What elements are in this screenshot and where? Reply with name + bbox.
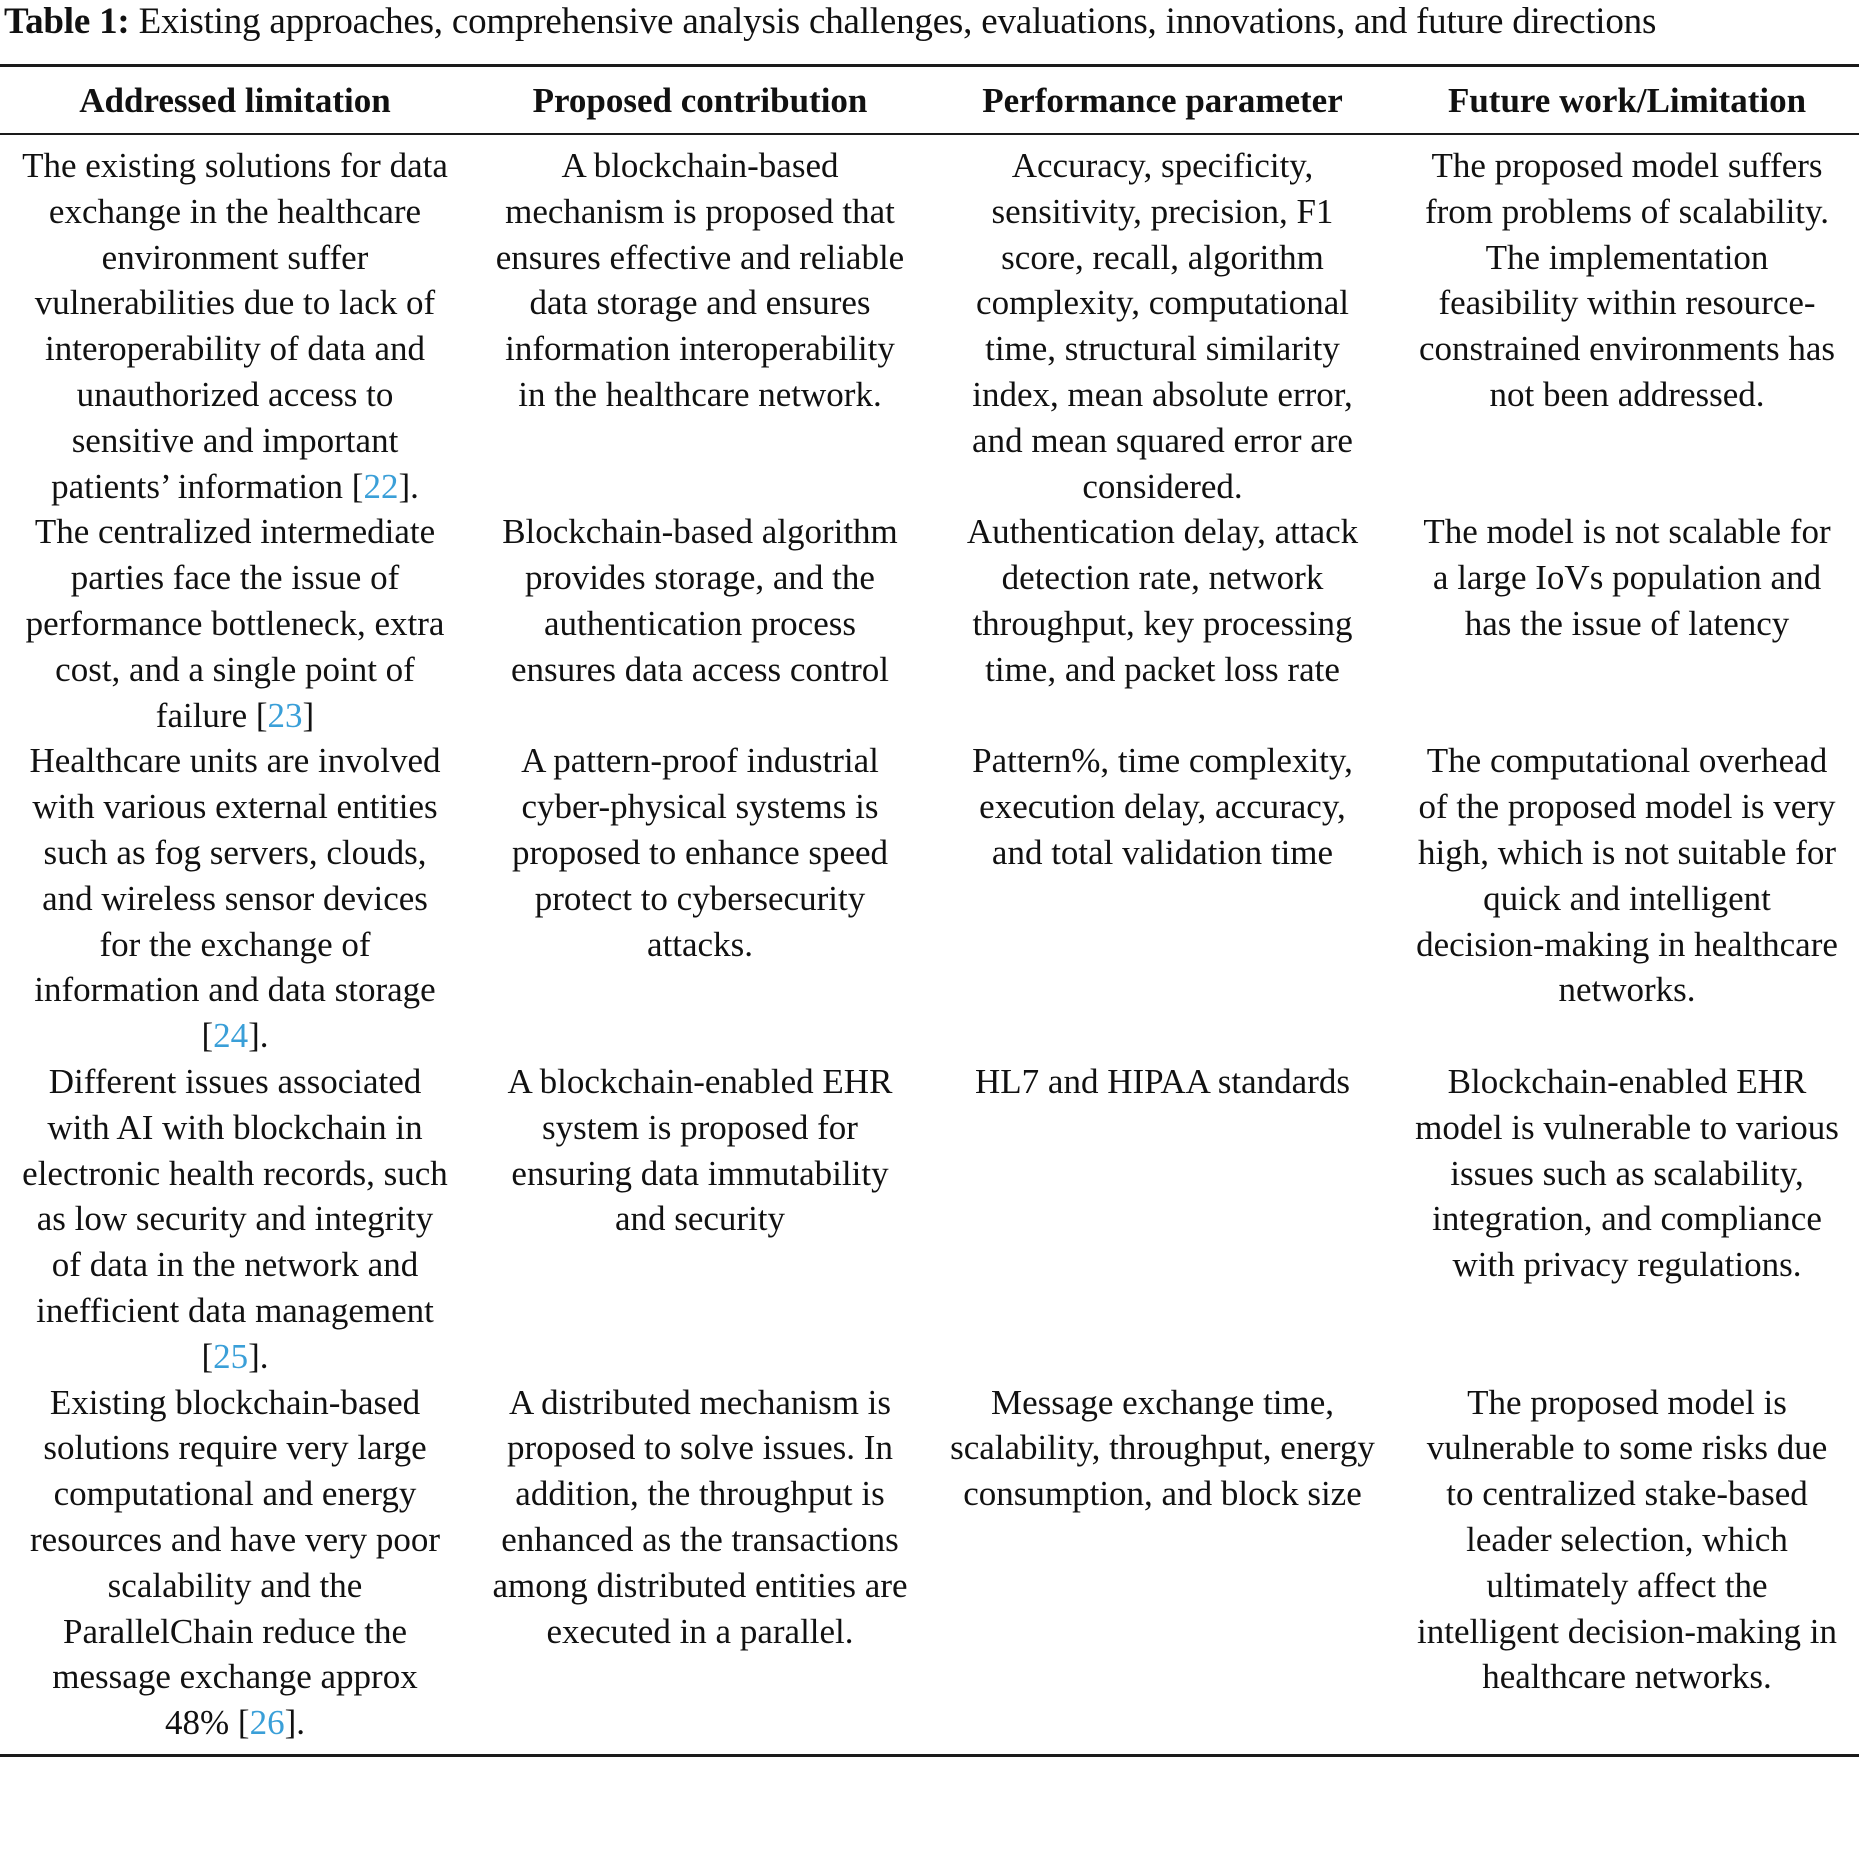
cell-performance: Accuracy, specificity, sensitivity, prec…: [930, 134, 1395, 509]
reference-link[interactable]: 26: [250, 1703, 285, 1742]
table-header-row: Addressed limitation Proposed contributi…: [0, 66, 1859, 135]
reference-link[interactable]: 22: [363, 467, 398, 506]
comparison-table: Addressed limitation Proposed contributi…: [0, 64, 1859, 1757]
cell-contribution: A pattern-proof industrial cyber-physica…: [470, 738, 930, 1059]
cell-future-work: The computational overhead of the propos…: [1395, 738, 1859, 1059]
table-row: The existing solutions for data exchange…: [0, 134, 1859, 509]
reference-link[interactable]: 25: [213, 1337, 248, 1376]
table-caption-label: Table 1:: [4, 1, 130, 42]
cell-future-work: Blockchain-enabled EHR model is vulnerab…: [1395, 1059, 1859, 1380]
cell-contribution: Blockchain-based algorithm provides stor…: [470, 509, 930, 738]
cell-contribution: A blockchain-enabled EHR system is propo…: [470, 1059, 930, 1380]
table-caption: Table 1: Existing approaches, comprehens…: [0, 0, 1859, 64]
cell-performance: Pattern%, time complexity, execution del…: [930, 738, 1395, 1059]
cell-performance: Authentication delay, attack detection r…: [930, 509, 1395, 738]
cell-limitation: Healthcare units are involved with vario…: [0, 738, 470, 1059]
header-addressed-limitation: Addressed limitation: [0, 66, 470, 135]
reference-link[interactable]: 24: [213, 1016, 248, 1055]
table-row: Existing blockchain-based solutions requ…: [0, 1380, 1859, 1756]
cell-performance: Message exchange time, scalability, thro…: [930, 1380, 1395, 1756]
table-row: Healthcare units are involved with vario…: [0, 738, 1859, 1059]
reference-link[interactable]: 23: [268, 696, 303, 735]
cell-limitation: The existing solutions for data exchange…: [0, 134, 470, 509]
table-caption-text: Existing approaches, comprehensive analy…: [130, 1, 1657, 42]
cell-limitation: The centralized intermediate parties fac…: [0, 509, 470, 738]
cell-future-work: The model is not scalable for a large Io…: [1395, 509, 1859, 738]
cell-contribution: A blockchain-based mechanism is proposed…: [470, 134, 930, 509]
cell-future-work: The proposed model suffers from problems…: [1395, 134, 1859, 509]
table-row: Different issues associated with AI with…: [0, 1059, 1859, 1380]
header-proposed-contribution: Proposed contribution: [470, 66, 930, 135]
cell-limitation: Different issues associated with AI with…: [0, 1059, 470, 1380]
cell-limitation: Existing blockchain-based solutions requ…: [0, 1380, 470, 1756]
cell-future-work: The proposed model is vulnerable to some…: [1395, 1380, 1859, 1756]
header-future-work: Future work/Limitation: [1395, 66, 1859, 135]
cell-contribution: A distributed mechanism is proposed to s…: [470, 1380, 930, 1756]
header-performance-parameter: Performance parameter: [930, 66, 1395, 135]
document-page: Table 1: Existing approaches, comprehens…: [0, 0, 1859, 1757]
table-row: The centralized intermediate parties fac…: [0, 509, 1859, 738]
cell-performance: HL7 and HIPAA standards: [930, 1059, 1395, 1380]
